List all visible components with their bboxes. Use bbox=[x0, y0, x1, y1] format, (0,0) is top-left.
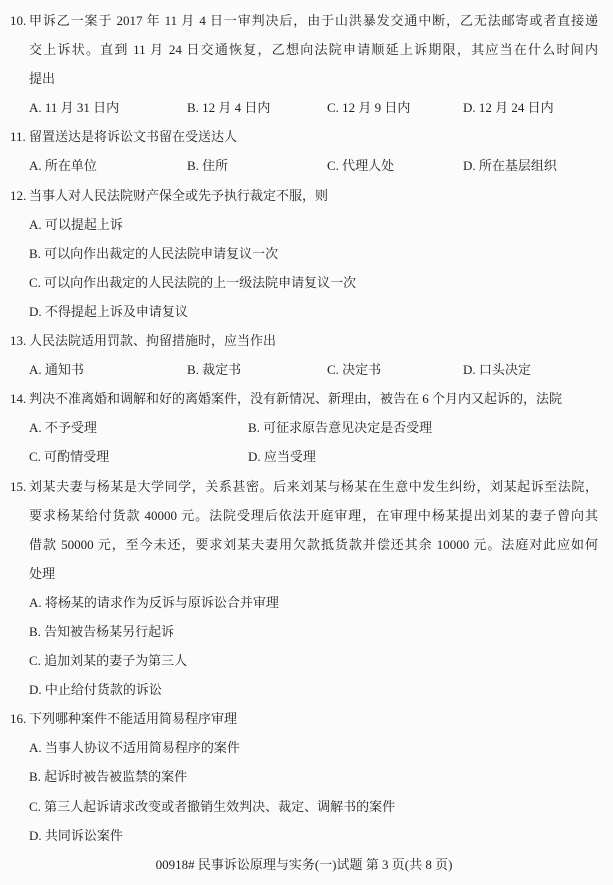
question-14: 14. 判决不准离婚和调解和好的离婚案件，没有新情况、新理由，被告在 6 个月内… bbox=[10, 384, 598, 471]
question-stem-line: 借款 50000 元，至今未还，要求刘某夫妻用欠款抵货款并偿还其余 10000 … bbox=[29, 530, 598, 559]
option-d: D. 口头决定 bbox=[463, 355, 598, 384]
question-number: 15. bbox=[10, 472, 29, 501]
question-stem-line: 当事人对人民法院财产保全或先予执行裁定不服，则 bbox=[29, 181, 598, 210]
question-body: 甲诉乙一案于 2017 年 11 月 4 日一审判决后，由于山洪暴发交通中断，乙… bbox=[29, 6, 598, 122]
options-row: A. 不予受理 B. 可征求原告意见决定是否受理 bbox=[29, 413, 598, 442]
options-row: C. 可酌情受理 D. 应当受理 bbox=[29, 442, 598, 471]
question-stem-line: 交上诉状。直到 11 月 24 日交通恢复，乙想向法院申请顺延上诉期限，其应当在… bbox=[29, 35, 598, 64]
question-number: 10. bbox=[10, 6, 29, 35]
option-b: B. 住所 bbox=[187, 151, 327, 180]
exam-page: 10. 甲诉乙一案于 2017 年 11 月 4 日一审判决后，由于山洪暴发交通… bbox=[0, 0, 613, 885]
question-stem-line: 留置送达是将诉讼文书留在受送达人 bbox=[29, 122, 598, 151]
question-body: 当事人对人民法院财产保全或先予执行裁定不服，则 A. 可以提起上诉 B. 可以向… bbox=[29, 181, 598, 326]
option-b: B. 告知被告杨某另行起诉 bbox=[29, 617, 598, 646]
question-body: 人民法院适用罚款、拘留措施时，应当作出 A. 通知书 B. 裁定书 C. 决定书… bbox=[29, 326, 598, 384]
option-c: C. 决定书 bbox=[327, 355, 463, 384]
option-d: D. 所在基层组织 bbox=[463, 151, 598, 180]
question-number: 16. bbox=[10, 704, 29, 733]
question-body: 判决不准离婚和调解和好的离婚案件，没有新情况、新理由，被告在 6 个月内又起诉的… bbox=[29, 384, 598, 471]
option-c: C. 可酌情受理 bbox=[29, 442, 248, 471]
option-a: A. 将杨某的请求作为反诉与原诉讼合并审理 bbox=[29, 588, 598, 617]
question-body: 下列哪种案件不能适用简易程序审理 A. 当事人协议不适用简易程序的案件 B. 起… bbox=[29, 704, 598, 849]
question-stem-line: 刘某夫妻与杨某是大学同学，关系甚密。后来刘某与杨某在生意中发生纠纷，刘某起诉至法… bbox=[29, 472, 598, 501]
question-stem-line: 处理 bbox=[29, 559, 598, 588]
option-d: D. 应当受理 bbox=[248, 442, 598, 471]
option-a: A. 不予受理 bbox=[29, 413, 248, 442]
question-stem-line: 下列哪种案件不能适用简易程序审理 bbox=[29, 704, 598, 733]
question-stem-line: 要求杨某给付货款 40000 元。法院受理后依法开庭审理，在审理中杨某提出刘某的… bbox=[29, 501, 598, 530]
option-d: D. 12 月 24 日内 bbox=[463, 93, 598, 122]
question-stem-line: 甲诉乙一案于 2017 年 11 月 4 日一审判决后，由于山洪暴发交通中断，乙… bbox=[29, 6, 598, 35]
question-11: 11. 留置送达是将诉讼文书留在受送达人 A. 所在单位 B. 住所 C. 代理… bbox=[10, 122, 598, 180]
option-c: C. 第三人起诉请求改变或者撤销生效判决、裁定、调解书的案件 bbox=[29, 792, 598, 821]
question-number: 14. bbox=[10, 384, 29, 413]
option-a: A. 当事人协议不适用简易程序的案件 bbox=[29, 733, 598, 762]
option-b: B. 可以向作出裁定的人民法院申请复议一次 bbox=[29, 239, 598, 268]
options-row: A. 所在单位 B. 住所 C. 代理人处 D. 所在基层组织 bbox=[29, 151, 598, 180]
option-d: D. 中止给付货款的诉讼 bbox=[29, 675, 598, 704]
option-d: D. 不得提起上诉及申请复议 bbox=[29, 297, 598, 326]
option-c: C. 12 月 9 日内 bbox=[327, 93, 463, 122]
question-13: 13. 人民法院适用罚款、拘留措施时，应当作出 A. 通知书 B. 裁定书 C.… bbox=[10, 326, 598, 384]
option-b: B. 12 月 4 日内 bbox=[187, 93, 327, 122]
option-a: A. 所在单位 bbox=[29, 151, 187, 180]
options-row: A. 11 月 31 日内 B. 12 月 4 日内 C. 12 月 9 日内 … bbox=[29, 93, 598, 122]
option-a: A. 可以提起上诉 bbox=[29, 210, 598, 239]
question-number: 11. bbox=[10, 122, 29, 151]
option-a: A. 通知书 bbox=[29, 355, 187, 384]
question-10: 10. 甲诉乙一案于 2017 年 11 月 4 日一审判决后，由于山洪暴发交通… bbox=[10, 6, 598, 122]
question-stem-line: 判决不准离婚和调解和好的离婚案件，没有新情况、新理由，被告在 6 个月内又起诉的… bbox=[29, 384, 598, 413]
question-body: 留置送达是将诉讼文书留在受送达人 A. 所在单位 B. 住所 C. 代理人处 D… bbox=[29, 122, 598, 180]
option-a: A. 11 月 31 日内 bbox=[29, 93, 187, 122]
question-12: 12. 当事人对人民法院财产保全或先予执行裁定不服，则 A. 可以提起上诉 B.… bbox=[10, 181, 598, 326]
option-c: C. 代理人处 bbox=[327, 151, 463, 180]
question-15: 15. 刘某夫妻与杨某是大学同学，关系甚密。后来刘某与杨某在生意中发生纠纷，刘某… bbox=[10, 472, 598, 705]
question-number: 12. bbox=[10, 181, 29, 210]
option-d: D. 共同诉讼案件 bbox=[29, 821, 598, 850]
question-number: 13. bbox=[10, 326, 29, 355]
option-c: C. 追加刘某的妻子为第三人 bbox=[29, 646, 598, 675]
options-row: A. 通知书 B. 裁定书 C. 决定书 D. 口头决定 bbox=[29, 355, 598, 384]
question-body: 刘某夫妻与杨某是大学同学，关系甚密。后来刘某与杨某在生意中发生纠纷，刘某起诉至法… bbox=[29, 472, 598, 705]
option-b: B. 起诉时被告被监禁的案件 bbox=[29, 762, 598, 791]
question-stem-line: 人民法院适用罚款、拘留措施时，应当作出 bbox=[29, 326, 598, 355]
option-b: B. 裁定书 bbox=[187, 355, 327, 384]
question-16: 16. 下列哪种案件不能适用简易程序审理 A. 当事人协议不适用简易程序的案件 … bbox=[10, 704, 598, 849]
question-stem-line: 提出 bbox=[29, 64, 598, 93]
option-c: C. 可以向作出裁定的人民法院的上一级法院申请复议一次 bbox=[29, 268, 598, 297]
page-footer: 00918# 民事诉讼原理与实务(一)试题 第 3 页(共 8 页) bbox=[10, 850, 598, 879]
option-b: B. 可征求原告意见决定是否受理 bbox=[248, 413, 598, 442]
